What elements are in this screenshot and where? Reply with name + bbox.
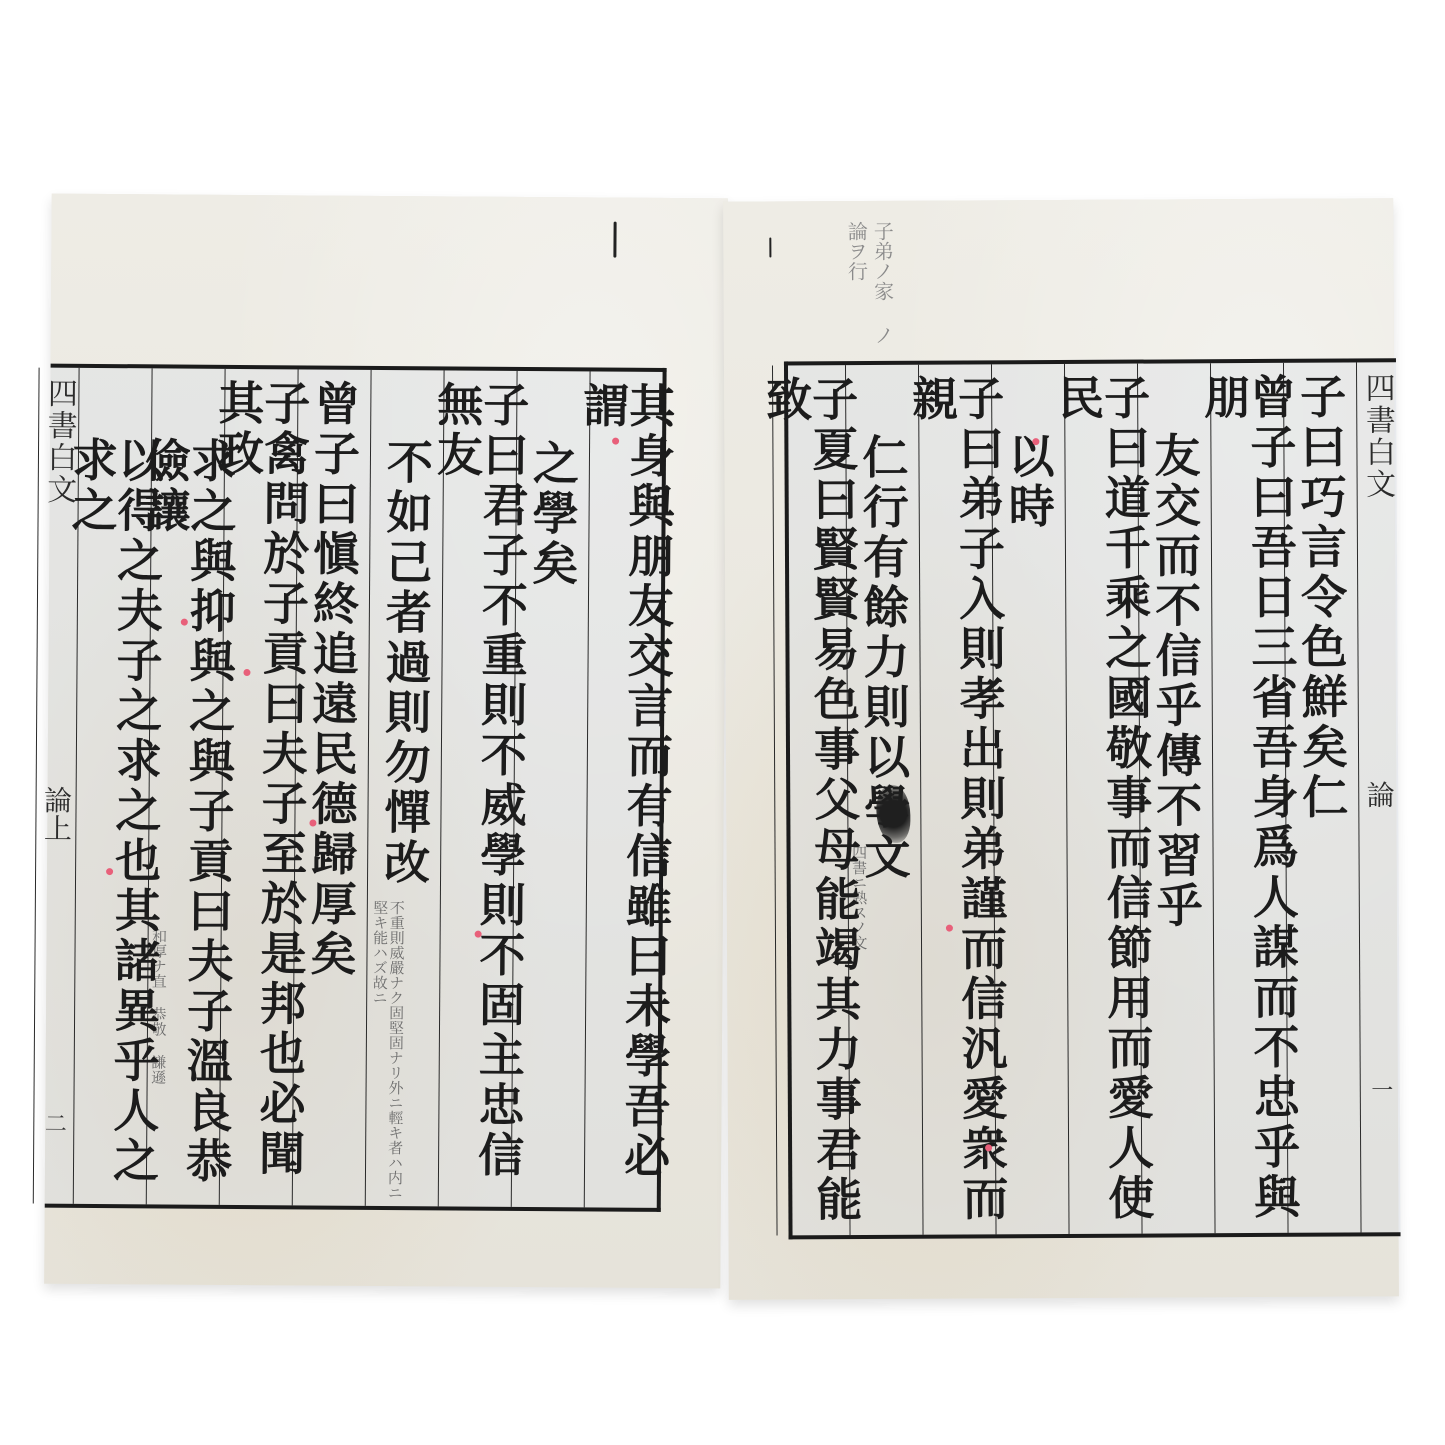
column-text: 以得之夫子之求之也其諸異乎人之求之 bbox=[64, 436, 161, 1205]
margin-column: 四書白文 論上 二 bbox=[33, 368, 79, 1204]
book-title: 四書白文 bbox=[36, 378, 81, 506]
text-column: 其身與朋友交言而有信雖曰未學吾必謂 bbox=[584, 371, 663, 1207]
column-text: 其身與朋友交言而有信雖曰未學吾必謂 bbox=[575, 381, 673, 1208]
red-punctuation-mark bbox=[181, 619, 188, 626]
column-text: 曾子曰愼終追遠民德歸厚矣 bbox=[307, 379, 357, 979]
text-column: 子曰君子不重則不威學則不固主忠信無友 bbox=[438, 370, 517, 1206]
text-column: 以得之夫子之求之也其諸異乎人之求之 bbox=[73, 368, 152, 1204]
column-text: 子曰巧言令色鮮矣仁 bbox=[1297, 373, 1345, 823]
right-page: 子弟ノ家 ノ論ヲ行 四書白文 論 一 子曰巧言令色鮮矣仁 曾子曰吾日三省吾身爲人… bbox=[723, 198, 1399, 1299]
right-page-frame: 四書白文 論 一 子曰巧言令色鮮矣仁 曾子曰吾日三省吾身爲人謀而不忠乎與朋 友交… bbox=[784, 358, 1401, 1239]
text-column: 子夏曰賢賢易色事父母能竭其力事君能致 bbox=[772, 365, 850, 1235]
column-text: 曾子曰吾日三省吾身爲人謀而不忠乎與朋 bbox=[1201, 373, 1298, 1233]
section-label: 論上 bbox=[36, 786, 76, 842]
red-punctuation-mark bbox=[612, 438, 619, 445]
left-page: 其身與朋友交言而有信雖曰未學吾必謂 之學矣 子曰君子不重則不威學則不固主忠信無友… bbox=[44, 194, 728, 1289]
column-text: 之學矣 bbox=[529, 439, 576, 589]
red-punctuation-mark bbox=[106, 868, 113, 875]
text-column: 子曰道千乘之國敬事而信節用而愛人使民 bbox=[1064, 364, 1142, 1234]
column-text: 友交而不信乎傳不習乎 bbox=[1151, 431, 1200, 931]
column-text: 不如己者過則勿憚改 bbox=[381, 438, 430, 888]
text-column: 不如己者過則勿憚改 不重則威嚴ナク固堅固ナリ外ニ輕キ者ハ内ニ堅キ能ハズ故ニ bbox=[365, 370, 444, 1206]
column-text: 子曰君子不重則不威學則不固主忠信無友 bbox=[429, 380, 527, 1207]
page-number: 一 bbox=[1365, 1078, 1396, 1100]
book-title: 四書白文 bbox=[1355, 372, 1400, 500]
red-punctuation-mark bbox=[243, 669, 250, 676]
gutter-mark bbox=[769, 238, 771, 258]
red-punctuation-mark bbox=[475, 931, 482, 938]
handwritten-annotation: 不重則威嚴ナク固堅固ナリ外ニ輕キ者ハ内ニ堅キ能ハズ故ニ bbox=[370, 900, 405, 1200]
red-punctuation-mark bbox=[1032, 438, 1039, 445]
text-column: 曾子曰吾日三省吾身爲人謀而不忠乎與朋 bbox=[1210, 363, 1288, 1233]
pencil-note-line: 子弟ノ家 bbox=[870, 221, 894, 301]
red-punctuation-mark bbox=[985, 1144, 992, 1151]
page-number: 二 bbox=[38, 1112, 69, 1134]
section-label: 論 bbox=[1359, 780, 1399, 808]
text-column: 子曰弟子入則孝出則弟謹而信汎愛衆而親 bbox=[918, 364, 996, 1234]
gutter-mark bbox=[613, 222, 616, 258]
left-page-frame: 其身與朋友交言而有信雖曰未學吾必謂 之學矣 子曰君子不重則不威學則不固主忠信無友… bbox=[45, 364, 667, 1212]
red-punctuation-mark bbox=[946, 925, 953, 932]
red-punctuation-mark bbox=[309, 819, 316, 826]
pencil-note: 子弟ノ家 ノ論ヲ行 bbox=[843, 221, 896, 361]
column-text: 以時 bbox=[1005, 432, 1052, 532]
margin-column: 四書白文 論 一 bbox=[1356, 362, 1401, 1232]
column-text: 子夏曰賢賢易色事父母能竭其力事君能致 bbox=[763, 375, 860, 1235]
column-text: 子曰道千乘之國敬事而信節用而愛人使民 bbox=[1055, 374, 1152, 1234]
column-text: 子曰弟子入則孝出則弟謹而信汎愛衆而親 bbox=[909, 374, 1006, 1234]
